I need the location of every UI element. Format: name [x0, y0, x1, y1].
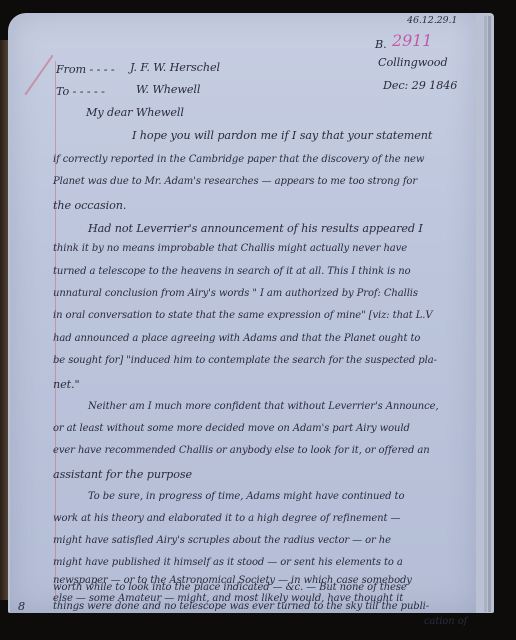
page-edge — [484, 16, 487, 612]
to-label: To - - - - - — [56, 85, 105, 98]
letter-line: things were done and no telescope was ev… — [53, 601, 429, 612]
letter-line: unnatural conclusion from Airy's words "… — [53, 288, 418, 299]
letter-line: To be sure, in progress of time, Adams m… — [88, 491, 404, 502]
letter-line: think it by no means improbable that Cha… — [53, 243, 407, 254]
page-edge — [488, 16, 491, 612]
letter-line: net." — [53, 378, 80, 391]
letter-page: 46.12.29.1 B. 2911 Collingwood Dec: 29 1… — [10, 13, 476, 613]
place: Collingwood — [378, 56, 448, 69]
letter-line: cation of — [424, 616, 467, 627]
letter-line: might have published it himself as it st… — [53, 557, 403, 568]
letter-line: or at least without some more decided mo… — [53, 423, 410, 434]
to-name: W. Whewell — [136, 83, 200, 96]
letter-line: worth while to look into the place indic… — [53, 582, 407, 593]
letter-line: turned a telescope to the heavens in sea… — [53, 266, 411, 277]
salutation: My dear Whewell — [86, 106, 184, 119]
reference-number: 46.12.29.1 — [407, 15, 457, 26]
date: Dec: 29 1846 — [383, 79, 457, 92]
letter-line: might have satisfied Airy's scruples abo… — [53, 535, 391, 546]
letter-line: if correctly reported in the Cambridge p… — [53, 154, 424, 165]
letter-line: I hope you will pardon me if I say that … — [132, 129, 432, 142]
letter-line: the occasion. — [53, 199, 126, 212]
letter-line: Neither am I much more confident that wi… — [88, 401, 439, 412]
margin-mark — [24, 55, 53, 95]
from-label: From - - - - — [56, 63, 115, 76]
letter-line: be sought for] "induced him to contempla… — [53, 355, 437, 366]
from-name: J. F. W. Herschel — [130, 61, 220, 74]
page-marker: 8 — [18, 600, 25, 613]
letter-line: Had not Leverrier's announcement of his … — [88, 222, 423, 235]
folio-number: 2911 — [392, 31, 432, 50]
letter-line: in oral conversation to state that the s… — [53, 310, 433, 321]
folio-prefix: B. — [375, 38, 387, 51]
letter-line: had announced a place agreeing with Adam… — [53, 333, 420, 344]
letter-line: work at his theory and elaborated it to … — [53, 513, 400, 524]
letter-line: assistant for the purpose — [53, 468, 192, 481]
letter-line: ever have recommended Challis or anybody… — [53, 445, 430, 456]
letter-line: Planet was due to Mr. Adam's researches … — [53, 176, 417, 187]
